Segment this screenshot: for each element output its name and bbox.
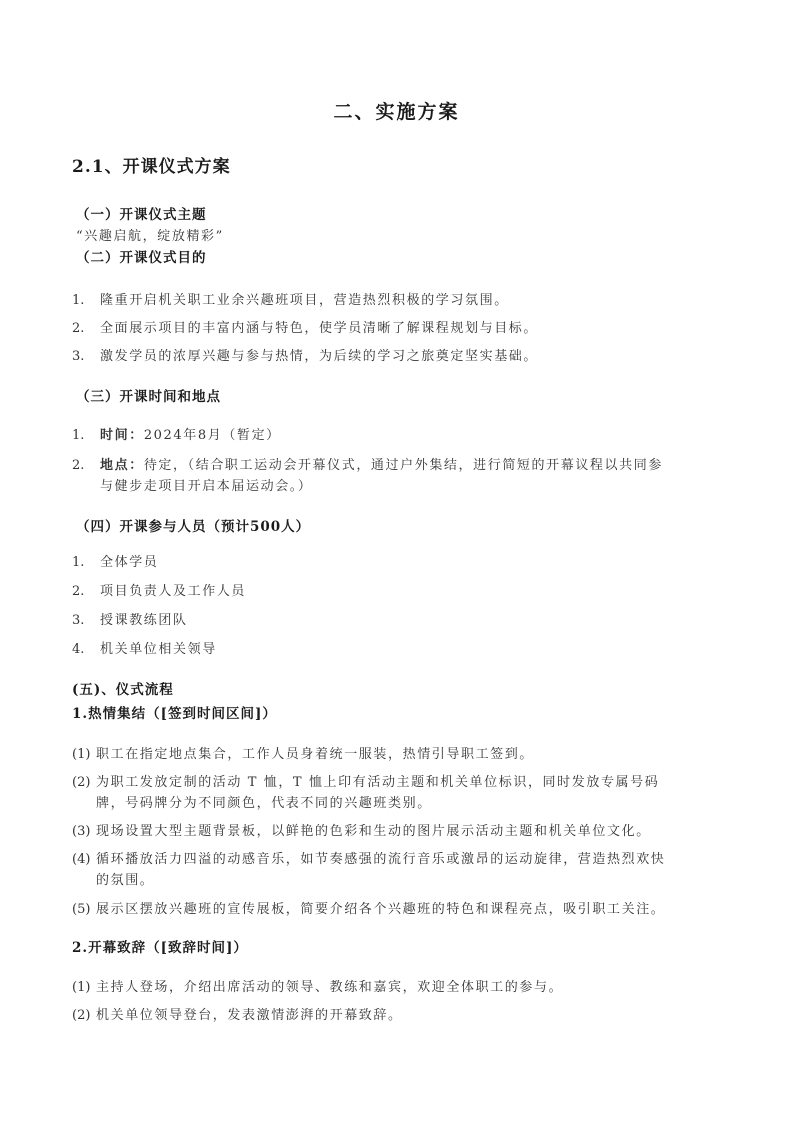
list-item: 3.授课教练团队	[72, 609, 188, 628]
part5-heading: (五)、仪式流程	[72, 678, 174, 698]
list-item-continuation: 牌，号码牌分为不同颜色，代表不同的兴趣班类别。	[72, 792, 432, 811]
list-item: (1)职工在指定地点集合，工作人员身着统一服装，热情引导职工签到。	[72, 743, 534, 762]
list-item: (3)现场设置大型主题背景板，以鲜艳的色彩和生动的图片展示活动主题和机关单位文化…	[72, 820, 651, 839]
step1-heading: 1.热情集结（[签到时间区间]）	[72, 702, 277, 722]
list-item: (1)主持人登场，介绍出席活动的领导、教练和嘉宾，欢迎全体职工的参与。	[72, 976, 563, 995]
list-item-continuation: 与健步走项目开启本届运动会。）	[72, 475, 313, 494]
list-item: (5)展示区摆放兴趣班的宣传展板，简要介绍各个兴趣班的特色和课程亮点，吸引职工关…	[72, 898, 665, 917]
list-item: 1.隆重开启机关职工业余兴趣班项目，营造热烈积极的学习氛围。	[72, 289, 509, 308]
list-item: 2.地点：待定，（结合职工运动会开幕仪式，通过户外集结，进行简短的开幕议程以共同…	[72, 454, 663, 473]
step2-heading: 2.开幕致辞（[致辞时间]）	[72, 936, 248, 956]
list-item: (4)循环播放活力四溢的动感音乐，如节奏感强的流行音乐或激昂的运动旋律，营造热烈…	[72, 848, 665, 867]
section-heading: 2.1、开课仪式方案	[72, 152, 231, 177]
list-item: 1.时间：2024年8月（暂定）	[72, 424, 281, 443]
list-item: 4.机关单位相关领导	[72, 638, 217, 657]
list-item: 3.激发学员的浓厚兴趣与参与热情，为后续的学习之旅奠定坚实基础。	[72, 345, 538, 364]
part3-heading: （三）开课时间和地点	[76, 385, 221, 405]
list-item: (2)机关单位领导登台，发表激情澎湃的开幕致辞。	[72, 1004, 403, 1023]
theme-text: “兴趣启航，绽放精彩”	[76, 225, 224, 244]
page-title: 二、实施方案	[0, 97, 793, 124]
list-item-continuation: 的氛围。	[72, 869, 154, 888]
part4-heading: （四）开课参与人员（预计500人）	[76, 515, 310, 535]
list-item: (2)为职工发放定制的活动 T 恤，T 恤上印有活动主题和机关单位标识，同时发放…	[72, 771, 659, 790]
list-item: 1.全体学员	[72, 551, 158, 570]
list-item: 2.项目负责人及工作人员	[72, 580, 246, 599]
part1-heading: （一）开课仪式主题	[76, 203, 207, 223]
part2-heading: （二）开课仪式目的	[76, 246, 207, 266]
list-item: 2.全面展示项目的丰富内涵与特色，使学员清晰了解课程规划与目标。	[72, 317, 538, 336]
